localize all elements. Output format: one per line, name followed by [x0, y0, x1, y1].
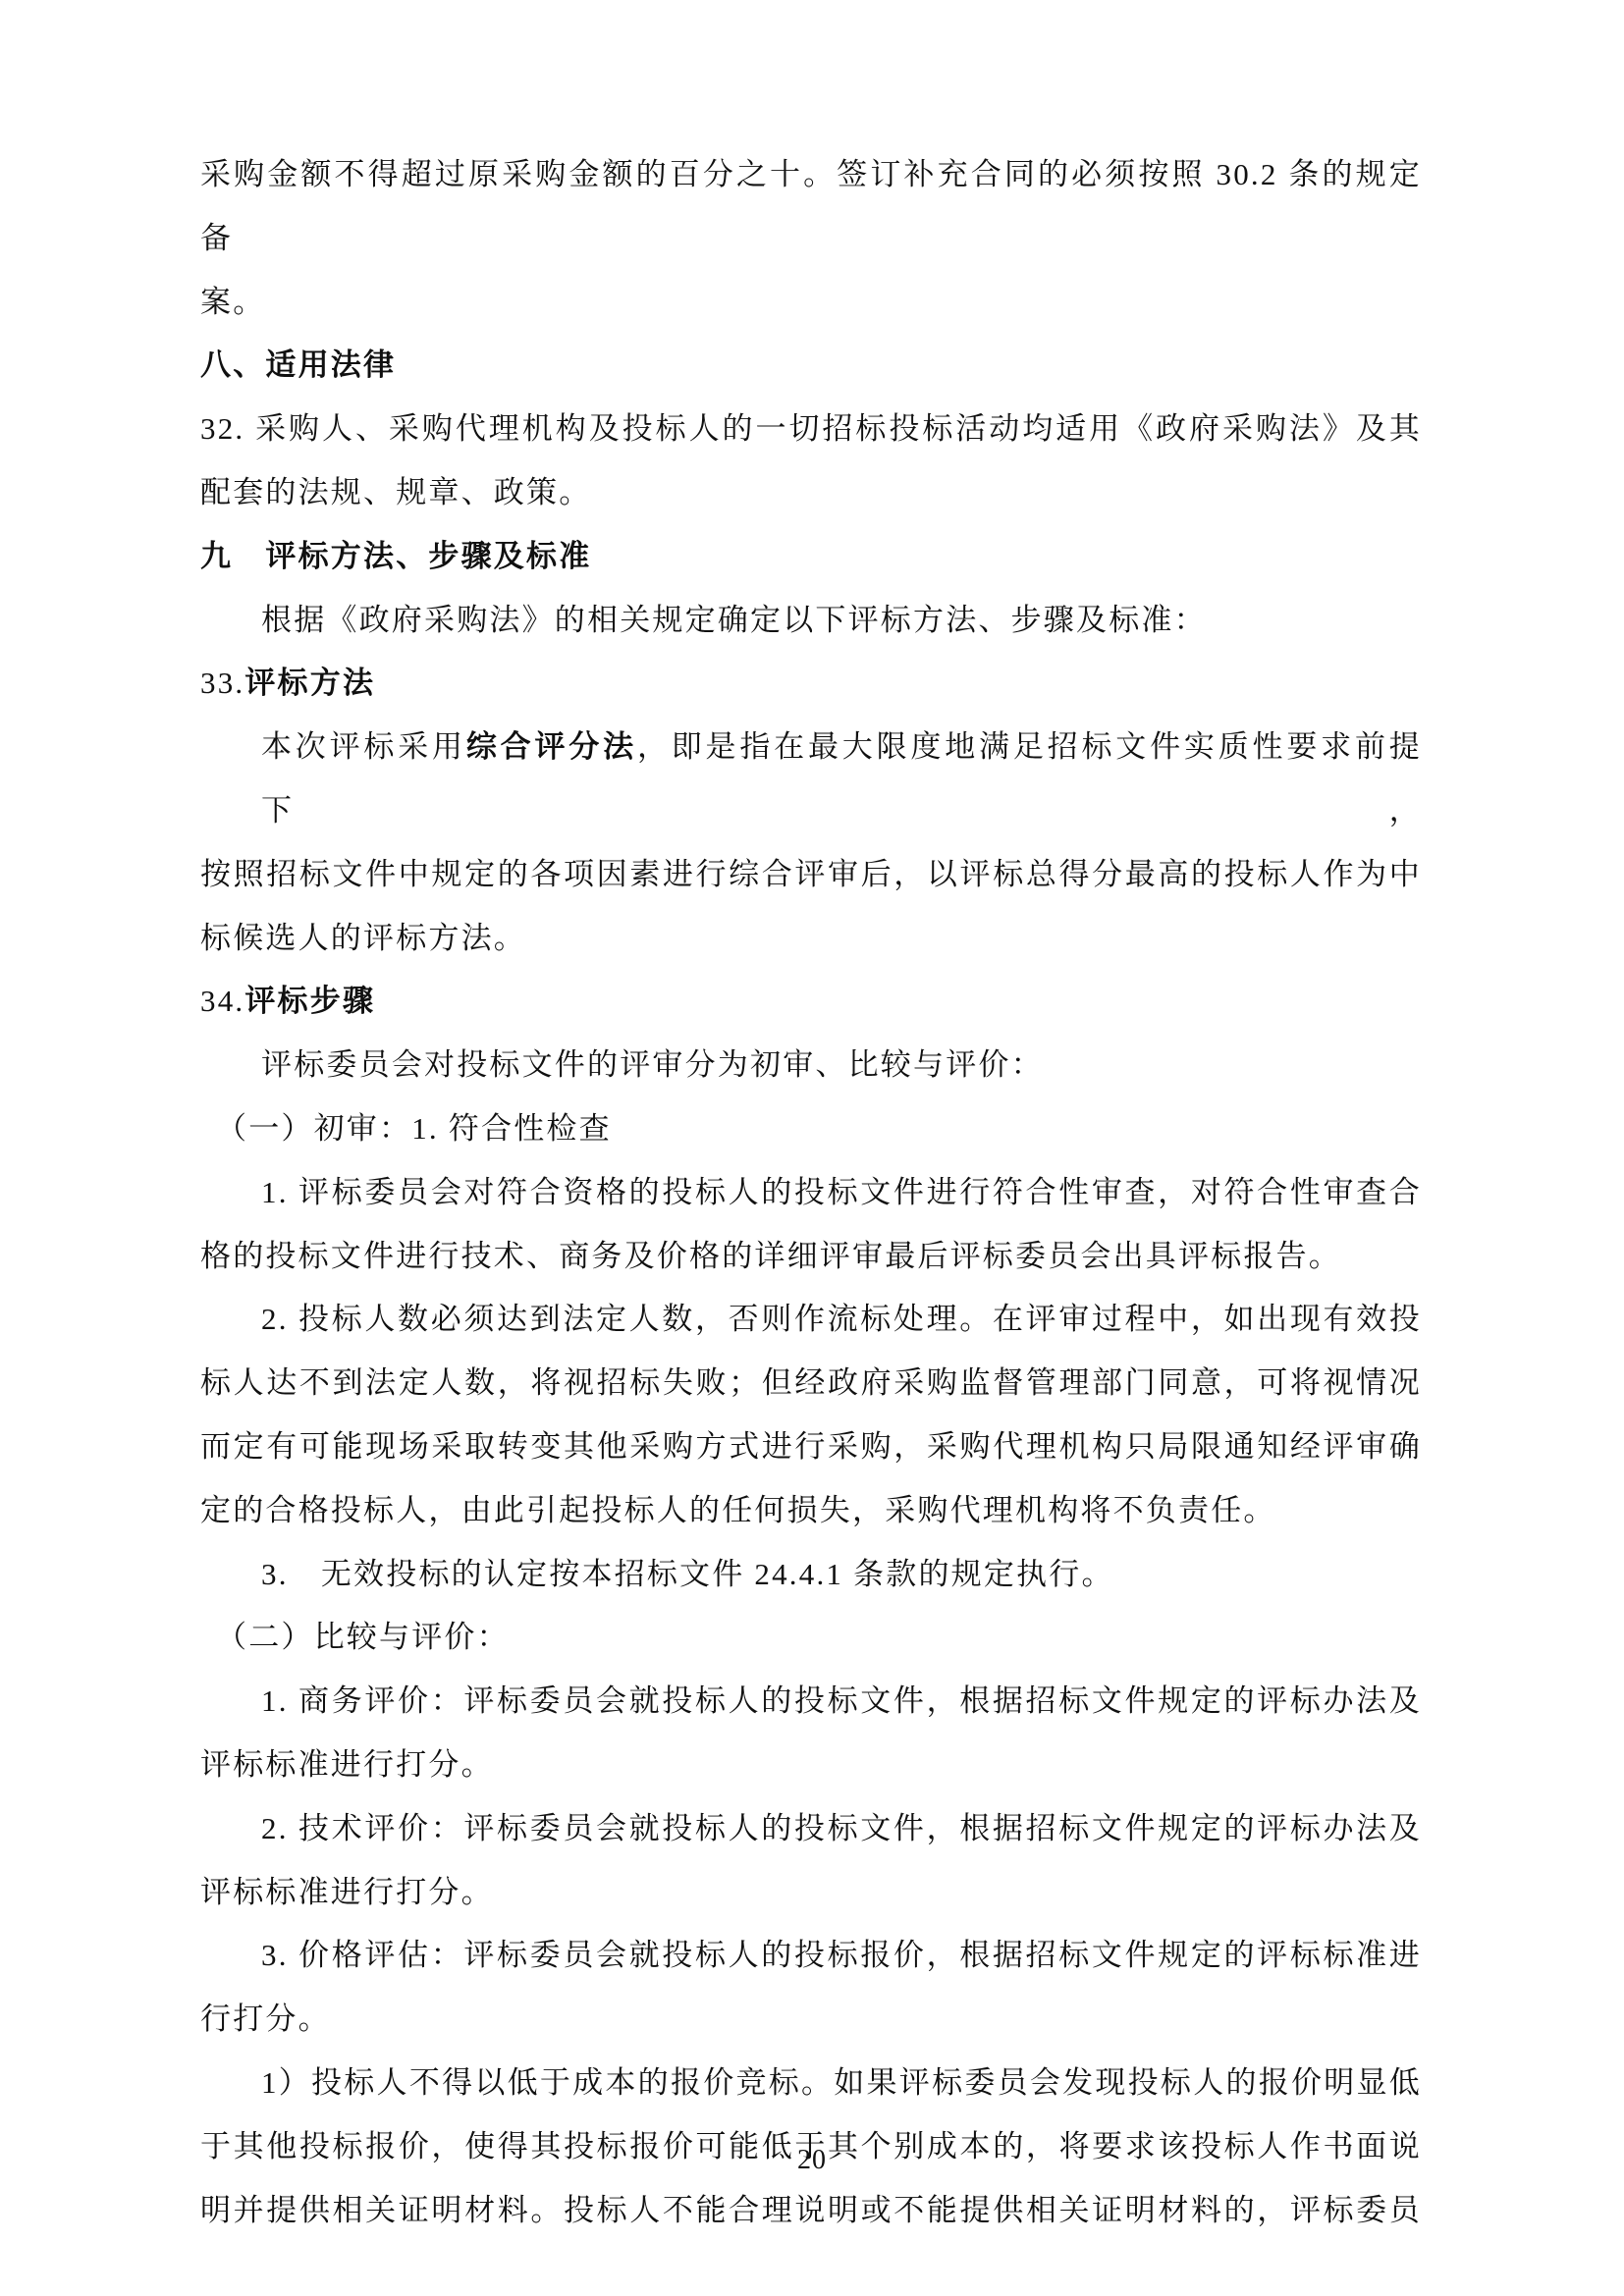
body-line: （二）比较与评价： — [200, 1606, 1422, 1670]
body-line: 采购金额不得超过原采购金额的百分之十。签订补充合同的必须按照 30.2 条的规定… — [200, 143, 1422, 271]
text-run: 本次评标采用 — [261, 729, 466, 764]
bold-text-run: 评标方法 — [244, 666, 375, 700]
text-run: 采购金额不得超过原采购金额的百分之十。签订补充合同的必须按照 30.2 条的规定… — [200, 157, 1422, 255]
body-line: 32. 采购人、采购代理机构及投标人的一切招标投标活动均适用《政府采购法》及其 — [200, 398, 1422, 461]
body-line: 1. 商务评价：评标委员会就投标人的投标文件，根据招标文件规定的评标办法及 — [200, 1670, 1422, 1734]
text-run: 定的合格投标人，由此引起投标人的任何损失，采购代理机构将不负责任。 — [200, 1493, 1276, 1527]
body-line: 1）投标人不得以低于成本的报价竞标。如果评标委员会发现投标人的报价明显低 — [200, 2052, 1422, 2115]
body-line: 明并提供相关证明材料。投标人不能合理说明或不能提供相关证明材料的，评标委员 — [200, 2179, 1422, 2243]
text-run: 1）投标人不得以低于成本的报价竞标。如果评标委员会发现投标人的报价明显低 — [261, 2065, 1422, 2100]
text-run: 格的投标文件进行技术、商务及价格的详细评审最后评标委员会出具评标报告。 — [200, 1239, 1341, 1273]
bold-text-run: 八、适用法律 — [200, 347, 396, 382]
text-run: 明并提供相关证明材料。投标人不能合理说明或不能提供相关证明材料的，评标委员 — [200, 2193, 1422, 2227]
body-line: （一）初审：1. 符合性检查 — [200, 1097, 1422, 1161]
body-line: 案。 — [200, 271, 1422, 335]
text-run: 33. — [200, 666, 244, 700]
bold-text-run: 评标步骤 — [244, 984, 375, 1018]
body-line: 标人达不到法定人数，将视招标失败；但经政府采购监督管理部门同意，可将视情况 — [200, 1352, 1422, 1415]
text-run: 标候选人的评标方法。 — [200, 921, 526, 955]
body-line: 3. 无效投标的认定按本招标文件 24.4.1 条款的规定执行。 — [200, 1543, 1422, 1607]
text-run: 配套的法规、规章、政策。 — [200, 475, 591, 509]
page-number: 20 — [0, 2143, 1624, 2178]
body-line: 评标标准进行打分。 — [200, 1734, 1422, 1797]
text-run: 1. 商务评价：评标委员会就投标人的投标文件，根据招标文件规定的评标办法及 — [261, 1683, 1422, 1718]
section-heading: 八、适用法律 — [200, 334, 1422, 398]
sub-heading: 33.评标方法 — [200, 652, 1422, 716]
body-line: 标候选人的评标方法。 — [200, 907, 1422, 971]
body-line: 按照招标文件中规定的各项因素进行综合评审后，以评标总得分最高的投标人作为中 — [200, 843, 1422, 907]
bold-text-run: 综合评分法 — [466, 729, 637, 764]
text-run: 1. 评标委员会对符合资格的投标人的投标文件进行符合性审查，对符合性审查合 — [261, 1175, 1422, 1209]
sub-heading: 34.评标步骤 — [200, 970, 1422, 1034]
document-page: 采购金额不得超过原采购金额的百分之十。签订补充合同的必须按照 30.2 条的规定… — [0, 0, 1624, 2296]
text-run: 评标标准进行打分。 — [200, 1875, 494, 1909]
body-line: 格的投标文件进行技术、商务及价格的详细评审最后评标委员会出具评标报告。 — [200, 1225, 1422, 1289]
body-line: 本次评标采用综合评分法，即是指在最大限度地满足招标文件实质性要求前提下， — [200, 716, 1422, 843]
body-line: 1. 评标委员会对符合资格的投标人的投标文件进行符合性审查，对符合性审查合 — [200, 1161, 1422, 1225]
body-line: 评标标准进行打分。 — [200, 1861, 1422, 1925]
text-run: 行打分。 — [200, 2002, 331, 2036]
body-line: 配套的法规、规章、政策。 — [200, 461, 1422, 525]
bold-text-run: 九 评标方法、步骤及标准 — [200, 539, 591, 573]
body-line: 3. 价格评估：评标委员会就投标人的投标报价，根据招标文件规定的评标标准进 — [200, 1924, 1422, 1988]
text-run: 标人达不到法定人数，将视招标失败；但经政府采购监督管理部门同意，可将视情况 — [200, 1365, 1422, 1400]
text-block: 采购金额不得超过原采购金额的百分之十。签订补充合同的必须按照 30.2 条的规定… — [200, 143, 1422, 2242]
section-heading: 九 评标方法、步骤及标准 — [200, 525, 1422, 589]
text-run: 3. 价格评估：评标委员会就投标人的投标报价，根据招标文件规定的评标标准进 — [261, 1938, 1422, 1972]
text-run: 而定有可能现场采取转变其他采购方式进行采购，采购代理机构只局限通知经评审确 — [200, 1429, 1422, 1464]
text-run: 根据《政府采购法》的相关规定确定以下评标方法、步骤及标准： — [261, 603, 1207, 637]
body-line: 行打分。 — [200, 1988, 1422, 2052]
text-run: 2. 技术评价：评标委员会就投标人的投标文件，根据招标文件规定的评标办法及 — [261, 1811, 1422, 1845]
text-run: 按照招标文件中规定的各项因素进行综合评审后，以评标总得分最高的投标人作为中 — [200, 857, 1422, 891]
text-run: （一）初审：1. 符合性检查 — [216, 1111, 612, 1146]
body-line: 根据《政府采购法》的相关规定确定以下评标方法、步骤及标准： — [200, 589, 1422, 653]
text-run: 3. 无效投标的认定按本招标文件 24.4.1 条款的规定执行。 — [261, 1557, 1114, 1591]
text-run: 案。 — [200, 285, 265, 319]
text-run: 评标标准进行打分。 — [200, 1747, 494, 1782]
body-line: 2. 技术评价：评标委员会就投标人的投标文件，根据招标文件规定的评标办法及 — [200, 1797, 1422, 1861]
text-run: 32. 采购人、采购代理机构及投标人的一切招标投标活动均适用《政府采购法》及其 — [200, 411, 1422, 446]
body-line: 2. 投标人数必须达到法定人数，否则作流标处理。在评审过程中，如出现有效投 — [200, 1288, 1422, 1352]
text-run: 评标委员会对投标文件的评审分为初审、比较与评价： — [261, 1047, 1044, 1082]
body-line: 而定有可能现场采取转变其他采购方式进行采购，采购代理机构只局限通知经评审确 — [200, 1415, 1422, 1479]
text-run: 34. — [200, 984, 244, 1018]
text-run: 2. 投标人数必须达到法定人数，否则作流标处理。在评审过程中，如出现有效投 — [261, 1302, 1422, 1336]
text-run: （二）比较与评价： — [216, 1620, 510, 1654]
body-line: 定的合格投标人，由此引起投标人的任何损失，采购代理机构将不负责任。 — [200, 1479, 1422, 1543]
body-line: 评标委员会对投标文件的评审分为初审、比较与评价： — [200, 1034, 1422, 1097]
